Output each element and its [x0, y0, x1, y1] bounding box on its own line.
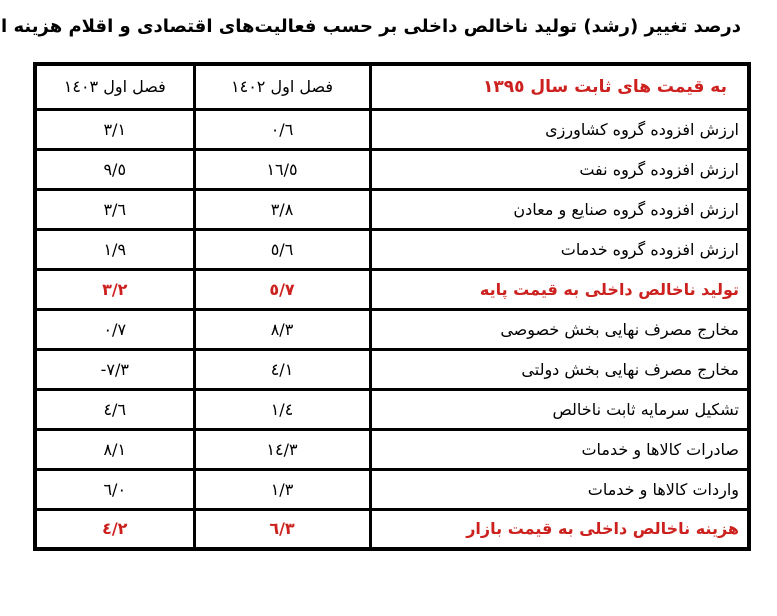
value-q1-1402: ٥/٧: [194, 269, 370, 309]
cell-value: ٣/٦: [103, 200, 126, 219]
gdp-growth-table: به قیمت های ثابت سال ١٣٩٥ فصل اول ١٤٠٢ ف…: [33, 62, 751, 551]
value-q1-1403: ٣/١: [35, 109, 194, 149]
cell-value: ٣/١: [103, 120, 126, 139]
cell-value: ٨/١: [103, 440, 126, 459]
cell-value: ٥/٧: [269, 280, 294, 299]
header-q1-1403: فصل اول ١٤٠٣: [35, 64, 194, 109]
value-q1-1402: ١/٣: [194, 469, 370, 509]
table-row: تولید ناخالص داخلی به قیمت پایه٥/٧٣/٢: [35, 269, 749, 309]
value-q1-1403: ٠/٧: [35, 309, 194, 349]
table-row: ارزش افزوده گروه نفت١٦/٥٩/٥: [35, 149, 749, 189]
cell-value: ١٦/٥: [266, 160, 297, 179]
value-q1-1402: ٨/٣: [194, 309, 370, 349]
value-q1-1403: ٦/٠: [35, 469, 194, 509]
table-row: ارزش افزوده گروه کشاورزی٠/٦٣/١: [35, 109, 749, 149]
row-label: تولید ناخالص داخلی به قیمت پایه: [370, 269, 749, 309]
cell-value: ٤/١: [271, 360, 294, 379]
value-q1-1402: ٤/١: [194, 349, 370, 389]
table-row: مخارج مصرف نهایی بخش دولتی٤/١-٧/٣: [35, 349, 749, 389]
row-label: صادرات کالاها و خدمات: [370, 429, 749, 469]
cell-value: ٠/٧: [103, 320, 126, 339]
row-label: مخارج مصرف نهایی بخش خصوصی: [370, 309, 749, 349]
page-title: درصد تغییر (رشد) تولید ناخالص داخلی بر ح…: [30, 16, 741, 37]
table-row: ارزش افزوده گروه صنایع و معادن٣/٨٣/٦: [35, 189, 749, 229]
value-q1-1402: ١٤/٣: [194, 429, 370, 469]
cell-value: -٧/٣: [101, 360, 129, 379]
row-label: مخارج مصرف نهایی بخش دولتی: [370, 349, 749, 389]
cell-value: ٨/٣: [271, 320, 294, 339]
value-q1-1403: ١/٩: [35, 229, 194, 269]
value-q1-1402: ٣/٨: [194, 189, 370, 229]
cell-value: ٥/٦: [271, 240, 294, 259]
value-q1-1402: ٥/٦: [194, 229, 370, 269]
cell-value: ٣/٢: [102, 280, 127, 299]
value-q1-1402: ١٦/٥: [194, 149, 370, 189]
table-row: تشکیل سرمایه ثابت ناخالص١/٤٤/٦: [35, 389, 749, 429]
row-label: واردات کالاها و خدمات: [370, 469, 749, 509]
row-label: ارزش افزوده گروه نفت: [370, 149, 749, 189]
table-body: ارزش افزوده گروه کشاورزی٠/٦٣/١ارزش افزود…: [35, 109, 749, 549]
value-q1-1403: ٤/٦: [35, 389, 194, 429]
row-label: هزینه ناخالص داخلی به قیمت بازار: [370, 509, 749, 549]
table-row: هزینه ناخالص داخلی به قیمت بازار٦/٣٤/٢: [35, 509, 749, 549]
row-label: ارزش افزوده گروه صنایع و معادن: [370, 189, 749, 229]
value-q1-1403: ٩/٥: [35, 149, 194, 189]
cell-value: ٦/٠: [103, 480, 126, 499]
table-row: واردات کالاها و خدمات١/٣٦/٠: [35, 469, 749, 509]
header-constant-prices-1395: به قیمت های ثابت سال ١٣٩٥: [370, 64, 749, 109]
cell-value: ١/٩: [103, 240, 126, 259]
table-row: مخارج مصرف نهایی بخش خصوصی٨/٣٠/٧: [35, 309, 749, 349]
value-q1-1402: ٠/٦: [194, 109, 370, 149]
value-q1-1402: ٦/٣: [194, 509, 370, 549]
row-label: تشکیل سرمایه ثابت ناخالص: [370, 389, 749, 429]
cell-value: ١/٣: [271, 480, 294, 499]
cell-value: ٤/٦: [103, 400, 126, 419]
cell-value: ٦/٣: [269, 519, 294, 538]
value-q1-1403: ٣/٦: [35, 189, 194, 229]
table-row: صادرات کالاها و خدمات١٤/٣٨/١: [35, 429, 749, 469]
table-row: ارزش افزوده گروه خدمات٥/٦١/٩: [35, 229, 749, 269]
value-q1-1403: ٨/١: [35, 429, 194, 469]
cell-value: ١/٤: [271, 400, 294, 419]
table-header-row: به قیمت های ثابت سال ١٣٩٥ فصل اول ١٤٠٢ ف…: [35, 64, 749, 109]
value-q1-1403: ٣/٢: [35, 269, 194, 309]
cell-value: ٣/٨: [271, 200, 294, 219]
header-q1-1402: فصل اول ١٤٠٢: [194, 64, 370, 109]
cell-value: ١٤/٣: [266, 440, 297, 459]
row-label: ارزش افزوده گروه خدمات: [370, 229, 749, 269]
cell-value: ٩/٥: [103, 160, 126, 179]
row-label: ارزش افزوده گروه کشاورزی: [370, 109, 749, 149]
value-q1-1403: ٤/٢: [35, 509, 194, 549]
value-q1-1403: -٧/٣: [35, 349, 194, 389]
cell-value: ٤/٢: [102, 519, 127, 538]
cell-value: ٠/٦: [271, 120, 294, 139]
value-q1-1402: ١/٤: [194, 389, 370, 429]
